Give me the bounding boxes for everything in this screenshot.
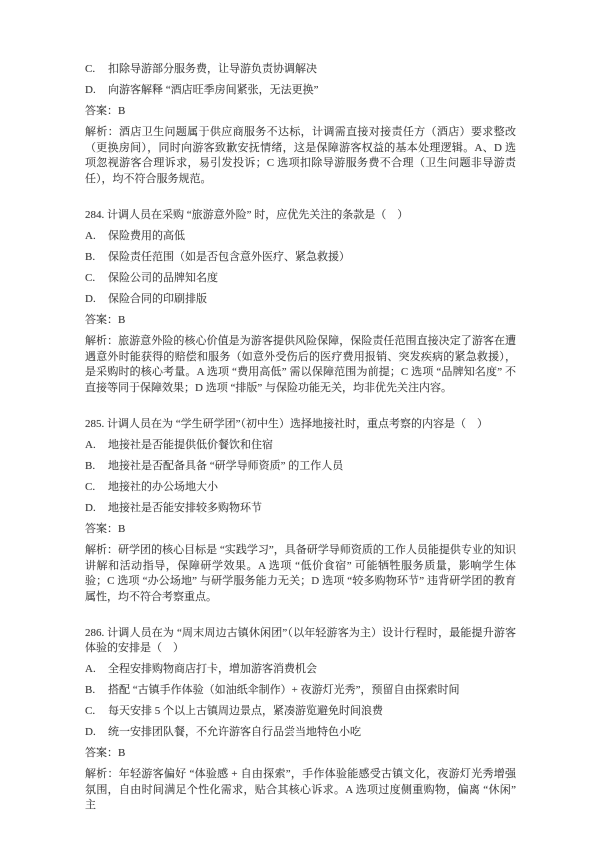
option-letter: D.: [85, 292, 108, 307]
option-text: 每天安排 5 个以上古镇周边景点，紧凑游览避免时间浪费: [108, 704, 516, 719]
answer-line: 答案：B: [85, 313, 516, 328]
document-page: C.扣除导游部分服务费，让导游负责协调解决D.向游客解释 “酒店旺季房间紧张，无…: [0, 0, 600, 849]
option-text: 地接社的办公场地大小: [108, 480, 516, 495]
answer-line: 答案：B: [85, 746, 516, 761]
option-text: 地接社是否能提供低价餐饮和住宿: [108, 438, 516, 453]
option-letter: B.: [85, 683, 108, 698]
option-line: C.每天安排 5 个以上古镇周边景点，紧凑游览避免时间浪费: [85, 704, 516, 719]
option-letter: B.: [85, 250, 108, 265]
option-line: C.保险公司的品牌知名度: [85, 271, 516, 286]
question-block: 284. 计调人员在采购 “旅游意外险” 时，应优先关注的条款是（ ）A.保险费…: [85, 208, 516, 396]
answer-line: 答案：B: [85, 104, 516, 119]
option-line: B.保险责任范围（如是否包含意外医疗、紧急救援）: [85, 250, 516, 265]
option-line: A.地接社是否能提供低价餐饮和住宿: [85, 438, 516, 453]
question-block: 286. 计调人员在为 “周末周边古镇休闲团”（以年轻游客为主）设计行程时，最能…: [85, 626, 516, 814]
question-text: 285. 计调人员在为 “学生研学团”（初中生）选择地接社时，重点考察的内容是（…: [85, 417, 516, 432]
option-letter: D.: [85, 725, 108, 740]
option-text: 保险合同的印刷排版: [108, 292, 516, 307]
option-text: 保险费用的高低: [108, 229, 516, 244]
option-line: C.扣除导游部分服务费，让导游负责协调解决: [85, 62, 516, 77]
question-block: 285. 计调人员在为 “学生研学团”（初中生）选择地接社时，重点考察的内容是（…: [85, 417, 516, 605]
option-letter: C.: [85, 480, 108, 495]
option-letter: D.: [85, 501, 108, 516]
option-line: A.全程安排购物商店打卡，增加游客消费机会: [85, 662, 516, 677]
option-text: 搭配 “古镇手作体验（如油纸伞制作）+ 夜游灯光秀”，预留自由探索时间: [108, 683, 516, 698]
option-text: 全程安排购物商店打卡，增加游客消费机会: [108, 662, 516, 677]
option-text: 保险公司的品牌知名度: [108, 271, 516, 286]
option-line: D.统一安排团队餐，不允许游客自行品尝当地特色小吃: [85, 725, 516, 740]
option-letter: A.: [85, 438, 108, 453]
option-text: 扣除导游部分服务费，让导游负责协调解决: [108, 62, 516, 77]
document-content: C.扣除导游部分服务费，让导游负责协调解决D.向游客解释 “酒店旺季房间紧张，无…: [85, 62, 516, 835]
option-line: B.搭配 “古镇手作体验（如油纸伞制作）+ 夜游灯光秀”，预留自由探索时间: [85, 683, 516, 698]
option-line: C.地接社的办公场地大小: [85, 480, 516, 495]
analysis-text: 解析：酒店卫生问题属于供应商服务不达标，计调需直接对接责任方（酒店）要求整改（更…: [85, 125, 516, 187]
analysis-text: 解析：研学团的核心目标是 “实践学习”，具备研学导师资质的工作人员能提供专业的知…: [85, 543, 516, 605]
question-text: 284. 计调人员在采购 “旅游意外险” 时，应优先关注的条款是（ ）: [85, 208, 516, 223]
option-text: 向游客解释 “酒店旺季房间紧张，无法更换”: [108, 83, 516, 98]
question-text: 286. 计调人员在为 “周末周边古镇休闲团”（以年轻游客为主）设计行程时，最能…: [85, 626, 516, 656]
option-text: 地接社是否配备具备 “研学导师资质” 的工作人员: [108, 459, 516, 474]
option-letter: D.: [85, 83, 108, 98]
option-text: 统一安排团队餐，不允许游客自行品尝当地特色小吃: [108, 725, 516, 740]
option-letter: A.: [85, 662, 108, 677]
option-letter: A.: [85, 229, 108, 244]
option-line: D.保险合同的印刷排版: [85, 292, 516, 307]
option-text: 地接社是否能安排较多购物环节: [108, 501, 516, 516]
option-line: D.地接社是否能安排较多购物环节: [85, 501, 516, 516]
option-text: 保险责任范围（如是否包含意外医疗、紧急救援）: [108, 250, 516, 265]
option-line: B.地接社是否配备具备 “研学导师资质” 的工作人员: [85, 459, 516, 474]
option-letter: C.: [85, 271, 108, 286]
answer-line: 答案：B: [85, 522, 516, 537]
option-letter: C.: [85, 704, 108, 719]
option-line: D.向游客解释 “酒店旺季房间紧张，无法更换”: [85, 83, 516, 98]
option-line: A.保险费用的高低: [85, 229, 516, 244]
analysis-text: 解析：旅游意外险的核心价值是为游客提供风险保障，保险责任范围直接决定了游客在遭遇…: [85, 334, 516, 396]
option-letter: B.: [85, 459, 108, 474]
option-letter: C.: [85, 62, 108, 77]
analysis-text: 解析：年轻游客偏好 “体验感 + 自由探索”，手作体验能感受古镇文化，夜游灯光秀…: [85, 767, 516, 814]
question-block: C.扣除导游部分服务费，让导游负责协调解决D.向游客解释 “酒店旺季房间紧张，无…: [85, 62, 516, 187]
